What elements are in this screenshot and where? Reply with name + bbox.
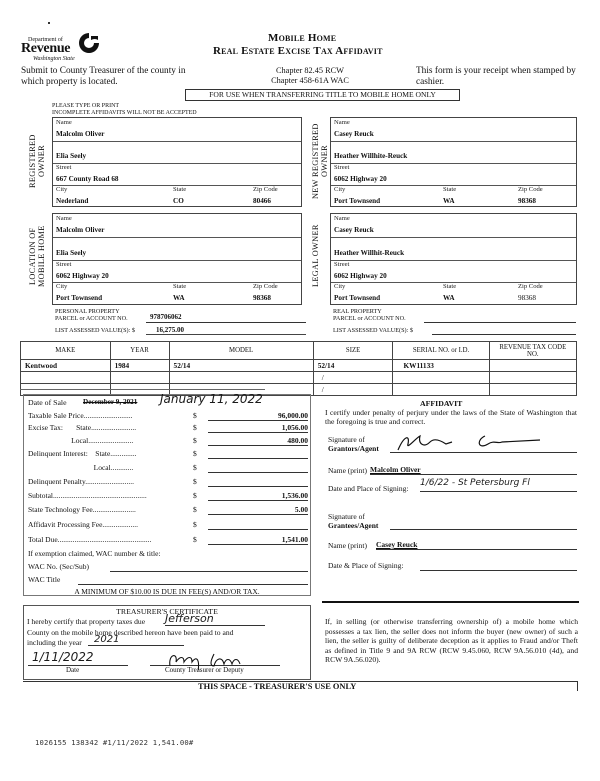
new-owner-name1[interactable]: Casey Reuck [334, 130, 374, 138]
state-label: State [173, 186, 186, 193]
real-assessed-label: LIST ASSESSED VALUE(S): $ [333, 327, 413, 334]
registered-owner-city[interactable]: Nederland [56, 197, 88, 205]
fee-value[interactable] [208, 449, 308, 459]
treasurer-date-label: Date [66, 666, 79, 674]
location-zip[interactable]: 98368 [253, 294, 271, 302]
wac-title-input[interactable] [78, 575, 308, 585]
logo-revenue-text: Revenue [21, 41, 70, 57]
scan-speck [48, 22, 50, 24]
wac-no-label: WAC No. (Sec/Sub) [28, 562, 89, 571]
cell-tax-code[interactable] [489, 372, 576, 384]
chapter-wac: Chapter 458-61A WAC [260, 76, 360, 86]
cell-serial[interactable] [393, 372, 489, 384]
wac-no-input[interactable] [110, 562, 308, 572]
treasurer-cert-line3: including the year [27, 638, 82, 647]
dollar-sign: $ [193, 436, 197, 445]
street-label: Street [334, 261, 349, 268]
state-label: State [173, 283, 186, 290]
street-label: Street [56, 261, 71, 268]
please-print: PLEASE TYPE OR PRINT [52, 103, 197, 110]
for-use-banner: FOR USE WHEN TRANSFERRING TITLE TO MOBIL… [185, 89, 460, 101]
fee-label: Local............ [28, 463, 133, 472]
zip-label: Zip Code [253, 283, 278, 290]
fee-label: Delinquent Penalty......................… [28, 477, 134, 486]
grantee-name-label: Name (print) [328, 541, 367, 550]
dollar-sign: $ [193, 411, 197, 420]
zip-label: Zip Code [518, 283, 543, 290]
vehicle-table-header: MAKE YEAR MODEL SIZE SERIAL NO. or I.D. … [21, 342, 577, 360]
grantor-signature-field[interactable] [390, 432, 577, 453]
fee-label: Delinquent Interest: State.............. [28, 449, 137, 458]
fee-label: State Technology Fee....................… [28, 505, 136, 514]
affidavit-bottom-rule [322, 601, 579, 603]
minimum-due-note: A MINIMUM OF $10.00 IS DUE IN FEE(S) AND… [23, 587, 311, 596]
grantee-signature-label: Signature of Grantees/Agent [328, 512, 378, 530]
fee-label: Subtotal................................… [28, 491, 147, 500]
receipt-note: This form is your receipt when stamped b… [416, 66, 596, 88]
form-title-line2: Real Estate Excise Tax Affidavit [213, 45, 383, 57]
fee-value[interactable] [208, 520, 308, 530]
city-label: City [334, 283, 345, 290]
registered-owner-box: Name Malcolm Oliver Elia Seely Street 66… [52, 117, 302, 207]
print-instructions: PLEASE TYPE OR PRINT INCOMPLETE AFFIDAVI… [52, 103, 197, 117]
cell-size[interactable]: / [313, 384, 393, 396]
fee-row-excise-local: Local........................ $ 480.00 [28, 436, 310, 446]
name-label: Name [334, 119, 350, 126]
grantor-name-label: Name (print) [328, 466, 367, 475]
grantor-signature-label: Signature of Grantors/Agent [328, 435, 379, 453]
personal-property-parcel-number[interactable]: 978706062 [146, 313, 306, 323]
dollar-sign: $ [193, 477, 197, 486]
legal-owner-street[interactable]: 6062 Highway 20 [334, 272, 387, 280]
location-section-label: LOCATION OF MOBILE HOME [28, 213, 50, 299]
legal-owner-box: Name Casey Reuck Heather Willhit-Reuck S… [330, 213, 577, 305]
fee-row-delinquent-penalty: Delinquent Penalty......................… [28, 477, 310, 487]
fee-row-excise-state: Excise Tax: State.......................… [28, 423, 310, 433]
grantee-signature-field[interactable] [390, 520, 577, 530]
dollar-sign: $ [193, 520, 197, 529]
fraud-notice: If, in selling (or otherwise transferrin… [325, 617, 578, 665]
fee-row-taxable-sale-price: Taxable Sale Price......................… [28, 411, 310, 421]
name-label: Name [56, 119, 72, 126]
registered-owner-name2[interactable]: Elia Seely [56, 152, 86, 160]
dollar-sign: $ [193, 505, 197, 514]
grantor-name-value[interactable]: Malcolm Oliver [370, 465, 577, 475]
grantor-date-place-value[interactable]: 1/6/22 - St Petersburg Fl [420, 478, 577, 492]
city-label: City [56, 283, 67, 290]
state-label: State [443, 283, 456, 290]
fee-label: Excise Tax: State.......................… [28, 423, 136, 432]
cell-tax-code[interactable] [489, 360, 576, 372]
date-of-sale-label: Date of Sale [28, 398, 67, 407]
location-name2[interactable]: Elia Seely [56, 249, 86, 257]
location-state[interactable]: WA [173, 294, 185, 302]
chapter-rcw: Chapter 82.45 RCW [260, 66, 360, 76]
form-title-line1: Mobile Home [268, 32, 336, 44]
real-property-parcel-label: REAL PROPERTY PARCEL or ACCOUNT NO. [333, 308, 406, 322]
legal-owner-city[interactable]: Port Townsend [334, 294, 380, 302]
vehicle-row: / [21, 372, 577, 384]
state-label: State [443, 186, 456, 193]
dollar-sign: $ [193, 535, 197, 544]
fee-label: Affidavit Processing Fee................… [28, 520, 138, 529]
fee-row-delinquent-interest-state: Delinquent Interest: State..............… [28, 449, 310, 459]
table-bottom-rule [20, 389, 265, 390]
fee-value[interactable]: 96,000.00 [208, 411, 308, 421]
grantee-date-place-label: Date & Place of Signing: [328, 561, 403, 570]
col-model: MODEL [169, 342, 313, 360]
location-street[interactable]: 6062 Highway 20 [56, 272, 109, 280]
dollar-sign: $ [193, 491, 197, 500]
date-of-sale-handwritten[interactable]: January 11, 2022 [160, 392, 263, 406]
personal-property-parcel-label: PERSONAL PROPERTY PARCEL or ACCOUNT NO. [55, 308, 128, 322]
grantor-date-place-label: Date and Place of Signing: [328, 484, 408, 493]
cell-model[interactable]: 52/14 [169, 360, 313, 372]
grantee-name-value[interactable]: Casey Reuck [376, 540, 577, 550]
legal-owner-state[interactable]: WA [443, 294, 455, 302]
city-label: City [334, 186, 345, 193]
dollar-sign: $ [193, 463, 197, 472]
name-label: Name [334, 215, 350, 222]
zip-label: Zip Code [253, 186, 278, 193]
name-label: Name [56, 215, 72, 222]
legal-owner-name1[interactable]: Casey Reuck [334, 226, 374, 234]
real-property-parcel-number[interactable] [424, 313, 576, 323]
new-registered-owner-section-label: NEW REGISTERED OWNER [311, 118, 331, 204]
logo-state-text: Washington State [33, 56, 75, 62]
treasurer-use-only-label: THIS SPACE - TREASURER'S USE ONLY [198, 682, 356, 691]
chapter-references: Chapter 82.45 RCW Chapter 458-61A WAC [260, 66, 360, 86]
fee-row-delinquent-interest-local: Local............ $ [28, 463, 310, 473]
treasurer-date-value[interactable]: 1/11/2022 [28, 650, 128, 666]
legal-owner-zip[interactable]: 98368 [518, 294, 536, 302]
cashier-receipt-stamp: 1026155 138342 #1/11/2022 1,541.00# [35, 738, 193, 747]
new-owner-state[interactable]: WA [443, 197, 455, 205]
fee-value[interactable]: 480.00 [208, 436, 308, 446]
wac-title-label: WAC Title [28, 575, 60, 584]
fee-value[interactable] [208, 463, 308, 473]
exemption-label: If exemption claimed, WAC number & title… [28, 549, 161, 558]
registered-owner-zip[interactable]: 80466 [253, 197, 271, 205]
col-year: YEAR [110, 342, 169, 360]
fee-label: Taxable Sale Price......................… [28, 411, 132, 420]
cell-serial[interactable] [393, 384, 489, 396]
dollar-sign: $ [193, 423, 197, 432]
fee-label: Total Due...............................… [28, 535, 151, 544]
cell-serial[interactable]: KW11133 [393, 360, 489, 372]
treasurer-use-right-edge [577, 681, 578, 691]
vehicle-row: Kentwood 1984 52/14 52/14 KW11133 [21, 360, 577, 372]
registered-owner-name1[interactable]: Malcolm Oliver [56, 130, 105, 138]
new-owner-city[interactable]: Port Townsend [334, 197, 380, 205]
cell-model[interactable] [169, 372, 313, 384]
cell-tax-code[interactable] [489, 384, 576, 396]
registered-owner-street[interactable]: 667 County Road 68 [56, 175, 119, 183]
fee-row-total-due: Total Due...............................… [28, 535, 310, 545]
fee-row-state-technology-fee: State Technology Fee....................… [28, 505, 310, 515]
affidavit-title: AFFIDAVIT [420, 399, 462, 408]
cell-make[interactable]: Kentwood [21, 360, 111, 372]
affidavit-certification: I certify under penalty of perjury under… [325, 408, 577, 426]
cell-size[interactable]: 52/14 [313, 360, 393, 372]
city-label: City [56, 186, 67, 193]
vehicle-table: MAKE YEAR MODEL SIZE SERIAL NO. or I.D. … [20, 341, 577, 396]
new-registered-owner-box: Name Casey Reuck Heather Willhite-Reuck … [330, 117, 577, 207]
fee-value[interactable] [208, 477, 308, 487]
location-name1[interactable]: Malcolm Oliver [56, 226, 105, 234]
new-owner-zip[interactable]: 98368 [518, 197, 536, 205]
personal-assessed-underline [146, 334, 306, 335]
fee-value[interactable]: 1,536.00 [208, 491, 308, 501]
submit-instruction: Submit to County Treasurer of the county… [21, 66, 196, 88]
dor-swirl-logo-icon [77, 31, 101, 55]
dollar-sign: $ [193, 449, 197, 458]
registered-owner-section-label: REGISTERED OWNER [28, 118, 48, 204]
incomplete-warning: INCOMPLETE AFFIDAVITS WILL NOT BE ACCEPT… [52, 110, 197, 117]
grantee-date-place-value[interactable] [420, 561, 577, 571]
fee-value[interactable]: 1,056.00 [208, 423, 308, 433]
street-label: Street [334, 164, 349, 171]
cell-year[interactable]: 1984 [110, 360, 169, 372]
fee-value[interactable]: 5.00 [208, 505, 308, 515]
grantor-signature-icon [390, 432, 577, 453]
col-make: MAKE [21, 342, 111, 360]
legal-owner-section-label: LEGAL OWNER [311, 213, 331, 299]
col-serial: SERIAL NO. or I.D. [393, 342, 489, 360]
date-of-sale-struck: December 9, 2021 [83, 398, 137, 406]
cell-size[interactable]: / [313, 372, 393, 384]
zip-label: Zip Code [518, 186, 543, 193]
treasurer-signature-field[interactable] [150, 650, 280, 666]
street-label: Street [56, 164, 71, 171]
location-city[interactable]: Port Townsend [56, 294, 102, 302]
fee-row-subtotal: Subtotal................................… [28, 491, 310, 501]
legal-owner-name2[interactable]: Heather Willhit-Reuck [334, 249, 404, 257]
personal-assessed-label: LIST ASSESSED VALUE(S): $ [55, 327, 135, 334]
new-owner-street[interactable]: 6062 Highway 20 [334, 175, 387, 183]
fee-value[interactable]: 1,541.00 [208, 535, 308, 545]
treasurer-year-value[interactable]: 2021 [88, 634, 184, 646]
col-size: SIZE [313, 342, 393, 360]
real-assessed-value[interactable] [432, 326, 576, 335]
col-revenue-tax-code: REVENUE TAX CODE NO. [489, 342, 576, 360]
treasurer-county-value[interactable]: Jefferson [165, 612, 265, 626]
cell-year[interactable] [110, 372, 169, 384]
fee-row-affidavit-processing-fee: Affidavit Processing Fee................… [28, 520, 310, 530]
registered-owner-state[interactable]: CO [173, 197, 184, 205]
new-owner-name2[interactable]: Heather Willhite-Reuck [334, 152, 407, 160]
personal-assessed-value[interactable]: 16,275.00 [156, 326, 184, 334]
cell-make[interactable] [21, 372, 111, 384]
treasurer-cert-line1: I hereby certify that property taxes due [27, 617, 145, 626]
treasurer-signer-label: County Treasurer or Deputy [165, 666, 244, 674]
fee-label: Local........................ [28, 436, 133, 445]
location-box: Name Malcolm Oliver Elia Seely Street 60… [52, 213, 302, 305]
